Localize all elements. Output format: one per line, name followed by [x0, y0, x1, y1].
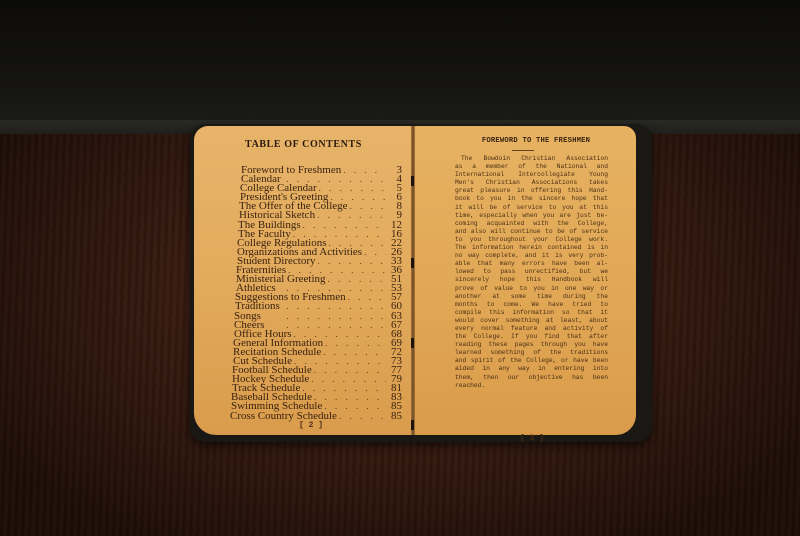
binding-stitch — [411, 258, 414, 268]
leader-dots: . . . . . . . . . . — [314, 366, 386, 375]
foreword-line: the College. If you find that after — [455, 333, 608, 341]
foreword-line: coming acquainted with the College, — [455, 220, 608, 228]
foreword-line: and spirit of the College, or have been — [455, 357, 608, 365]
foreword-line: as a member of the National and — [455, 163, 608, 171]
binding-stitch — [411, 420, 414, 430]
toc-heading: TABLE OF CONTENTS — [194, 139, 413, 150]
foreword-line: compile this information so that it — [455, 309, 608, 317]
foreword-line: every normal feature and activity of — [455, 325, 608, 333]
leader-dots: . . . . . . . . . . — [317, 211, 386, 220]
foreword-line: to you throughout your College work. — [455, 236, 608, 244]
page-number-right: [ 3 ] — [520, 434, 544, 443]
foreword-line: learned something of the traditions — [455, 349, 608, 357]
toc-entry-label: Cross Country Schedule — [230, 412, 337, 421]
leader-dots: . . . . . . . . . . — [318, 257, 386, 266]
foreword-line: great pleasure in offering this Hand- — [455, 187, 608, 195]
leader-dots: . . . . . . . . . . — [364, 248, 386, 257]
foreword-line: The Bowdoin Christian Association — [455, 155, 608, 163]
foreword-line: Men's Christian Associations takes — [455, 179, 608, 187]
page-number-left: [ 2 ] — [299, 421, 323, 430]
foreword-line: another at some time during the — [455, 293, 608, 301]
foreword-line: no way complete, and it is very prob- — [455, 252, 608, 260]
leader-dots: . . . . . . . . . . — [323, 348, 386, 357]
dark-wall-background — [0, 0, 800, 126]
foreword-line: time, especially when you are just be- — [455, 212, 608, 220]
leader-dots: . . . . . . . . . . — [319, 184, 386, 193]
foreword-line: and also will continue to be of service — [455, 228, 608, 236]
foreword-line: The information herein contained is in — [455, 244, 608, 252]
leader-dots: . . . . . . . . . . — [328, 275, 386, 284]
foreword-heading: FOREWORD TO THE FRESHMEN — [446, 137, 626, 145]
leader-dots: . . . . . . . . . . — [350, 202, 386, 211]
leader-dots: . . . . . . . . . . — [314, 393, 386, 402]
foreword-line: aided in any way in entering into — [455, 365, 608, 373]
foreword-line: reading these pages through you have — [455, 341, 608, 349]
leader-dots: . . . . . . . . . . — [348, 293, 386, 302]
book-gutter — [411, 126, 415, 435]
foreword-line: lowed to pass unrectified, but we — [455, 268, 608, 276]
foreword-line: sincerely hope this Handbook will — [455, 276, 608, 284]
leader-dots: . . . . . . . . . . — [302, 384, 386, 393]
toc-entry-page: 85 — [388, 412, 402, 421]
foreword-body: The Bowdoin Christian Association as a m… — [455, 155, 608, 390]
foreword-line: able that many errors have been al- — [455, 260, 608, 268]
foreword-line: International Intercollegiate Young — [455, 171, 608, 179]
leader-dots: . . . . . . . . . . — [339, 412, 386, 421]
leader-dots: . . . . . . . . . . — [311, 375, 386, 384]
leader-dots: . . . . . . . . . . — [282, 302, 386, 311]
foreword-line: reached. — [455, 382, 608, 390]
heading-rule — [512, 150, 534, 151]
leader-dots: . . . . . . . . . . — [343, 166, 386, 175]
foreword-line: would cover something at least, about — [455, 317, 608, 325]
binding-stitch — [411, 176, 414, 186]
foreword-line: months to come. We have tried to — [455, 301, 608, 309]
toc-entry: Cross Country Schedule. . . . . . . . . … — [230, 412, 402, 421]
foreword-line: them, then our objective has been — [455, 374, 608, 382]
leader-dots: . . . . . . . . . . — [325, 339, 386, 348]
toc-list: Foreword to Freshmen. . . . . . . . . .3… — [232, 166, 402, 421]
foreword-line: prove of value to you in one way or — [455, 285, 608, 293]
foreword-line: it will be of service to you at this — [455, 204, 608, 212]
foreword-line: book to you in the sincere hope that — [455, 195, 608, 203]
leader-dots: . . . . . . . . . . — [303, 221, 386, 230]
leader-dots: . . . . . . . . . . — [263, 312, 386, 321]
binding-stitch — [411, 338, 414, 348]
